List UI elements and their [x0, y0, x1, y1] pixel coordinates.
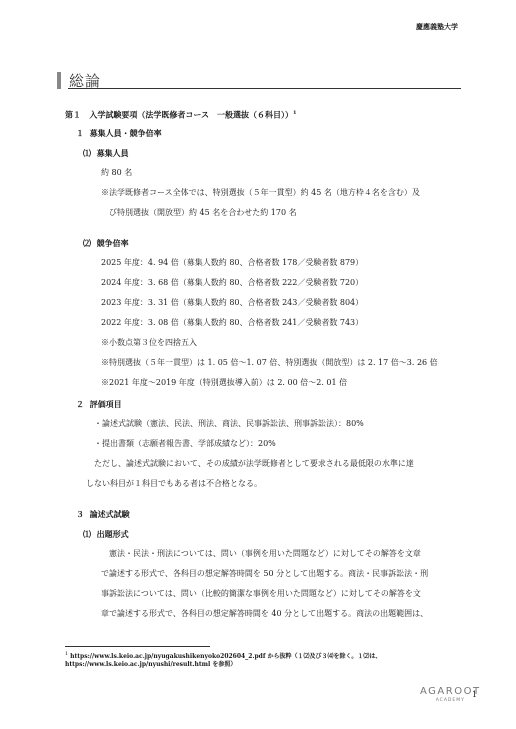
heading-2: ２ 評価項目	[76, 398, 122, 410]
eval-para-line-2: しない科目が１科目でもある者は不合格となる。	[86, 478, 262, 490]
ratio-note-special: ※特別選抜（５年一貫型）は 1. 05 倍～1. 07 倍、特別選抜（開放型）は…	[101, 357, 438, 369]
ratio-row: 2024 年度：3. 68 倍（募集人数約 80、合格者数 222／受験者数 7…	[101, 277, 363, 289]
format-line: で論述する形式で、各科目の想定解答時間を 50 分として出題する。商法・民事訴訟…	[101, 568, 428, 580]
footnote-line-2: https://www.ls.keio.ac.jp/nyushi/result.…	[65, 660, 236, 669]
ratio-note-rounding: ※小数点第３位を四捨五入	[101, 337, 197, 349]
format-line: 章で論述する形式で、各科目の想定解答時間を 40 分として出題する。商法の出題範…	[101, 608, 428, 620]
chapter-heading: 第１ 入学試験要項（法学既修者コース 一般選抜（６科目））1	[65, 107, 296, 121]
format-line: 事訴訟法については、問い（比較的簡潔な事例を用いた問題など）に対してその解答を文	[101, 588, 421, 600]
ratio-note-history: ※2021 年度～2019 年度（特別選抜導入前）は 2. 00 倍～2. 01…	[101, 377, 347, 389]
heading-3-1: ⑴ 出題形式	[83, 528, 129, 540]
page-number: 1	[472, 690, 477, 699]
header-institution: 慶應義塾大学	[416, 22, 458, 32]
chapter-title: 入学試験要項（法学既修者コース 一般選抜（６科目））	[89, 110, 293, 120]
section-accent-bar	[57, 72, 61, 89]
chapter-number: 第１	[65, 110, 81, 120]
footnote-divider	[65, 646, 210, 647]
eval-para-line-1: ただし、論述式試験において、その成績が法学既修者として要求される最低限の水準に達	[94, 458, 414, 470]
heading-1-1: ⑴ 募集人員	[83, 147, 129, 159]
format-line: 憲法・民法・刑法については、問い（事例を用いた問題など）に対してその解答を文章	[109, 548, 421, 560]
ratio-row: 2025 年度：4. 94 倍（募集人数約 80、合格者数 178／受験者数 8…	[101, 257, 363, 269]
footnote-ref[interactable]: 1	[293, 110, 296, 116]
eval-item-essay: ・論述式試験（憲法、民法、刑法、商法、民事訴訟法、刑事訴訟法）：80%	[94, 418, 364, 430]
eval-item-documents: ・提出書類（志願者報告書、学部成績など）：20%	[94, 438, 276, 450]
ratio-row: 2022 年度：3. 08 倍（募集人数約 80、合格者数 241／受験者数 7…	[101, 317, 363, 329]
capacity-text: 約 80 名	[101, 167, 132, 179]
section-underline	[68, 88, 461, 89]
heading-1-2: ⑵ 競争倍率	[83, 237, 129, 249]
heading-3: ３ 論述式試験	[76, 508, 130, 520]
ratio-row: 2023 年度：3. 31 倍（募集人数約 80、合格者数 243／受験者数 8…	[101, 297, 363, 309]
capacity-note-line-2: び特別選抜（開放型）約 45 名を合わせた約 170 名	[109, 207, 297, 219]
heading-1: １ 募集人員・競争倍率	[76, 127, 162, 139]
capacity-note-line-1: ※法学既修者コース全体では、特別選抜（５年一貫型）約 45 名（地方枠４名を含む…	[101, 187, 420, 199]
